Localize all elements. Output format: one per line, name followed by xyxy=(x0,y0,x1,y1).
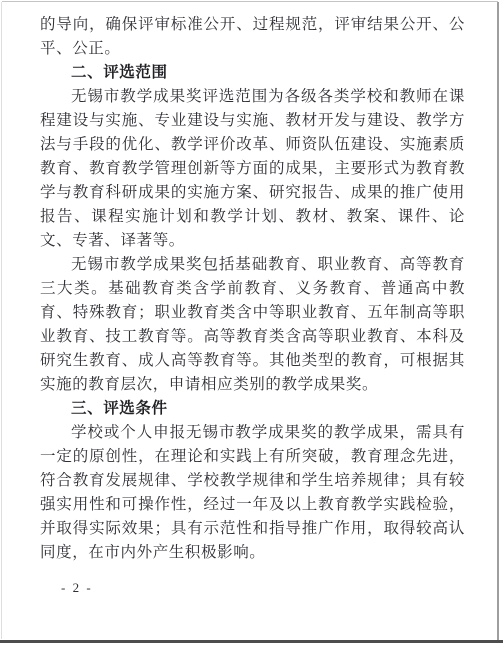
body-paragraph: 学校或个人申报无锡市教学成果奖的教学成果，需具有一定的原创性，在理论和实践上有所… xyxy=(40,421,465,565)
text-block: 的导向，确保评审标准公开、过程规范，评审结果公开、公平、公正。二、评选范围无锡市… xyxy=(40,13,465,565)
page-edge-bottom xyxy=(0,640,503,643)
body-paragraph: 无锡市教学成果奖包括基础教育、职业教育、高等教育三大类。基础教育类含学前教育、义… xyxy=(40,253,465,397)
body-paragraph: 的导向，确保评审标准公开、过程规范，评审结果公开、公平、公正。 xyxy=(40,13,465,61)
body-paragraph: 无锡市教学成果奖评选范围为各级各类学校和教师在课程建设与实施、专业建设与实施、教… xyxy=(40,85,465,253)
section-heading: 三、评选条件 xyxy=(40,397,465,421)
section-heading: 二、评选范围 xyxy=(40,61,465,85)
page-edge-right xyxy=(497,2,499,641)
page-edge-left xyxy=(1,2,2,639)
page-number: - 2 - xyxy=(61,580,93,596)
page-edge-top xyxy=(2,1,498,2)
document-page: 的导向，确保评审标准公开、过程规范，评审结果公开、公平、公正。二、评选范围无锡市… xyxy=(0,0,503,647)
